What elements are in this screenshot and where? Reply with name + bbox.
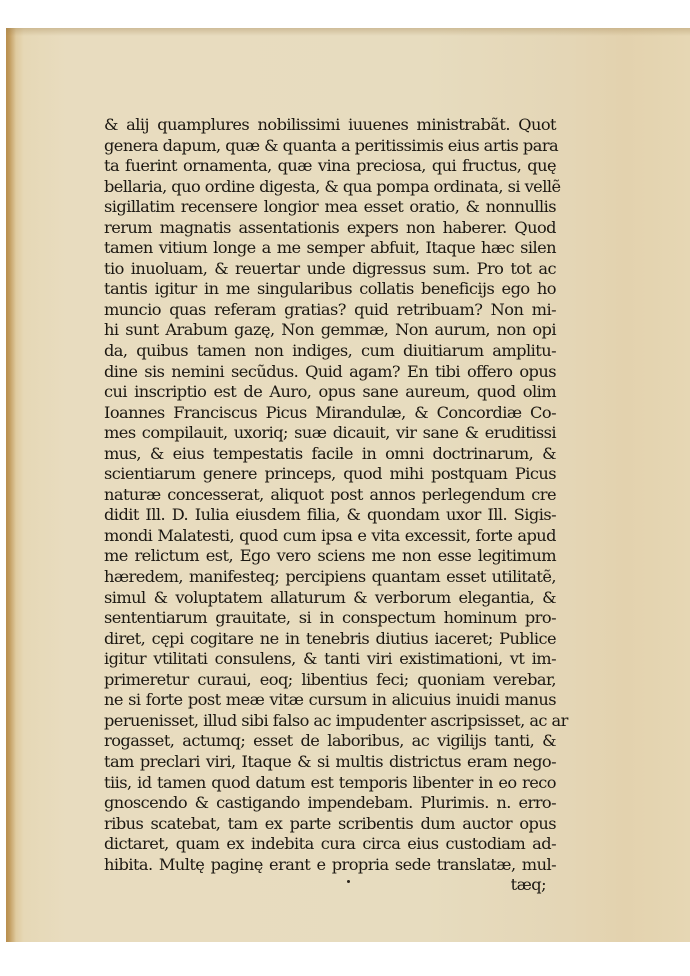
text-line: genera dapum, quæ & quanta a peritissimi… [104, 136, 556, 157]
page-text-block: & alij quamplures nobilissimi iuuenes mi… [104, 115, 556, 896]
text-line: da, quibus tamen non indiges, cum diuiti… [104, 341, 556, 362]
text-line: hibita. Multę paginę erant e propria sed… [104, 855, 556, 876]
text-line: hi sunt Arabum gazę, Non gemmæ, Non auru… [104, 320, 556, 341]
text-line: ta fuerint ornamenta, quæ vina preciosa,… [104, 156, 556, 177]
text-line: tiis, id tamen quod datum est temporis l… [104, 773, 556, 794]
text-line: me relictum est, Ego vero sciens me non … [104, 546, 556, 567]
text-line: primeretur curaui, eoq; libentius feci; … [104, 670, 556, 691]
text-line: gnoscendo & castigando impendebam. Pluri… [104, 793, 556, 814]
ink-dot [347, 880, 350, 883]
text-line: rerum magnatis assentationis expers non … [104, 218, 556, 239]
text-line: igitur vtilitati consulens, & tanti viri… [104, 649, 556, 670]
text-line: & alij quamplures nobilissimi iuuenes mi… [104, 115, 556, 136]
text-line: ne si forte post meæ vitæ cursum in alic… [104, 690, 556, 711]
text-line: mus, & eius tempestatis facile in omni d… [104, 444, 556, 465]
text-line: diret, cępi cogitare ne in tenebris diut… [104, 629, 556, 650]
text-line: muncio quas referam gratias? quid retrib… [104, 300, 556, 321]
book-page: & alij quamplures nobilissimi iuuenes mi… [6, 28, 690, 942]
text-line: mes compilauit, uxoriq; suæ dicauit, vir… [104, 423, 556, 444]
text-line: tam preclari viri, Itaque & si multis di… [104, 752, 556, 773]
text-line: rogasset, actumq; esset de laboribus, ac… [104, 731, 556, 752]
catchword: tæq; [104, 875, 556, 896]
text-line: tantis igitur in me singularibus collati… [104, 279, 556, 300]
text-line: tio inuoluam, & reuertar unde digressus … [104, 259, 556, 280]
text-line: peruenisset, illud sibi falso ac impuden… [104, 711, 556, 732]
text-line: cui inscriptio est de Auro, opus sane au… [104, 382, 556, 403]
text-line: naturæ concesserat, aliquot post annos p… [104, 485, 556, 506]
text-line: didit Ill. D. Iulia eiusdem filia, & quo… [104, 505, 556, 526]
text-line: dine sis nemini secũdus. Quid agam? En t… [104, 362, 556, 383]
text-line: simul & voluptatem allaturum & verborum … [104, 588, 556, 609]
text-line: bellaria, quo ordine digesta, & qua pomp… [104, 177, 556, 198]
text-line: dictaret, quam ex indebita cura circa ei… [104, 834, 556, 855]
text-line: scientiarum genere princeps, quod mihi p… [104, 464, 556, 485]
text-line: mondi Malatesti, quod cum ipsa e vita ex… [104, 526, 556, 547]
text-line: ribus scatebat, tam ex parte scribentis … [104, 814, 556, 835]
text-line: Ioannes Franciscus Picus Mirandulæ, & Co… [104, 403, 556, 424]
text-line: sigillatim recensere longior mea esset o… [104, 197, 556, 218]
text-line: tamen vitium longe a me semper abfuit, I… [104, 238, 556, 259]
text-line: hæredem, manifesteq; percipiens quantam … [104, 567, 556, 588]
text-line: sententiarum grauitate, si in conspectum… [104, 608, 556, 629]
